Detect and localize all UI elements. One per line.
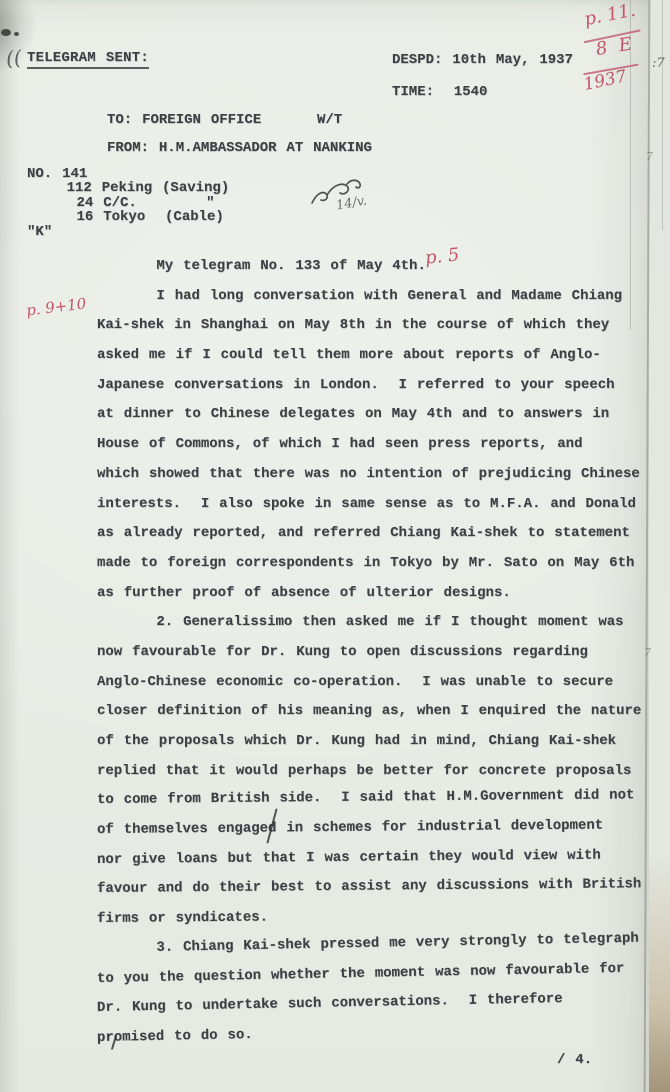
despatched-time: TIME: 1540 <box>392 84 487 100</box>
corner-ink-smudge <box>1 29 11 36</box>
continuation-page-mark: / 4. <box>557 1052 592 1068</box>
to-line: TO: FOREIGN OFFICE <box>107 112 261 128</box>
telegram-body-line: made to foreign correspondents in Tokyo … <box>0 549 670 579</box>
telegram-body-line: My telegram No. 133 of May 4th. <box>0 252 670 282</box>
telegram-body: My telegram No. 133 of May 4th. I had lo… <box>0 252 670 1054</box>
telegram-body-line: now favourable for Dr. Kung to open disc… <box>0 638 670 668</box>
file-ref-series: 8 E <box>594 33 636 60</box>
telegram-body-line: as already reported, and referred Chiang… <box>0 519 670 549</box>
telegram-body-line: which showed that there was no intention… <box>0 460 670 490</box>
telegram-body-line: 2. Generalissimo then asked me if I thou… <box>0 608 670 638</box>
corner-ink-dot <box>14 32 19 36</box>
routing-peking: 112 Peking (Saving) <box>27 181 229 195</box>
edge-pencil-mark-top: :7 <box>652 56 665 71</box>
routing-tokyo: 16 Tokyo (Cable) <box>27 210 229 224</box>
telegram-body-line: interests. I also spoke in same sense as… <box>0 490 670 520</box>
edge-pencil-mark-upper: 7 <box>646 150 653 163</box>
telegram-body-line: Kai-shek in Shanghai on May 8th in the c… <box>0 311 670 341</box>
telegram-body-line: Anglo-Chinese economic co-operation. I w… <box>0 668 670 698</box>
telegram-body-line: I had long conversation with General and… <box>0 282 670 312</box>
telegram-body-line: asked me if I could tell them more about… <box>0 341 670 371</box>
routing-cc: 24 C/C. " <box>27 196 229 210</box>
telegram-body-line: of the proposals which Dr. Kung had in m… <box>0 727 670 757</box>
file-ref-page-number: p. 11. <box>583 0 638 30</box>
file-ref-year: 1937 <box>582 66 628 95</box>
telegram-document-page: (( TELEGRAM SENT: DESPD: 10th May, 1937 … <box>0 0 670 1092</box>
document-title: TELEGRAM SENT: <box>27 50 149 69</box>
file-reference-annotation: p. 11. 8 E 1937 <box>575 0 660 104</box>
from-line: FROM: H.M.AMBASSADOR AT NANKING <box>107 140 372 156</box>
cypher-indicator: "K" <box>27 225 229 239</box>
telegram-body-line: Japanese conversations in London. I refe… <box>0 371 670 401</box>
telegram-body-line: House of Commons, of which I had seen pr… <box>0 430 670 460</box>
telegram-body-line: as further proof of absence of ulterior … <box>0 579 670 609</box>
pen-bracket-marks: (( <box>5 45 23 71</box>
transmission-channel: W/T <box>317 112 342 128</box>
page-crease-line-right <box>662 0 663 230</box>
telegram-body-line: at dinner to Chinese delegates on May 4t… <box>0 400 670 430</box>
despatched-date: DESPD: 10th May, 1937 <box>392 52 573 68</box>
telegram-body-line: closer definition of his meaning as, whe… <box>0 697 670 727</box>
